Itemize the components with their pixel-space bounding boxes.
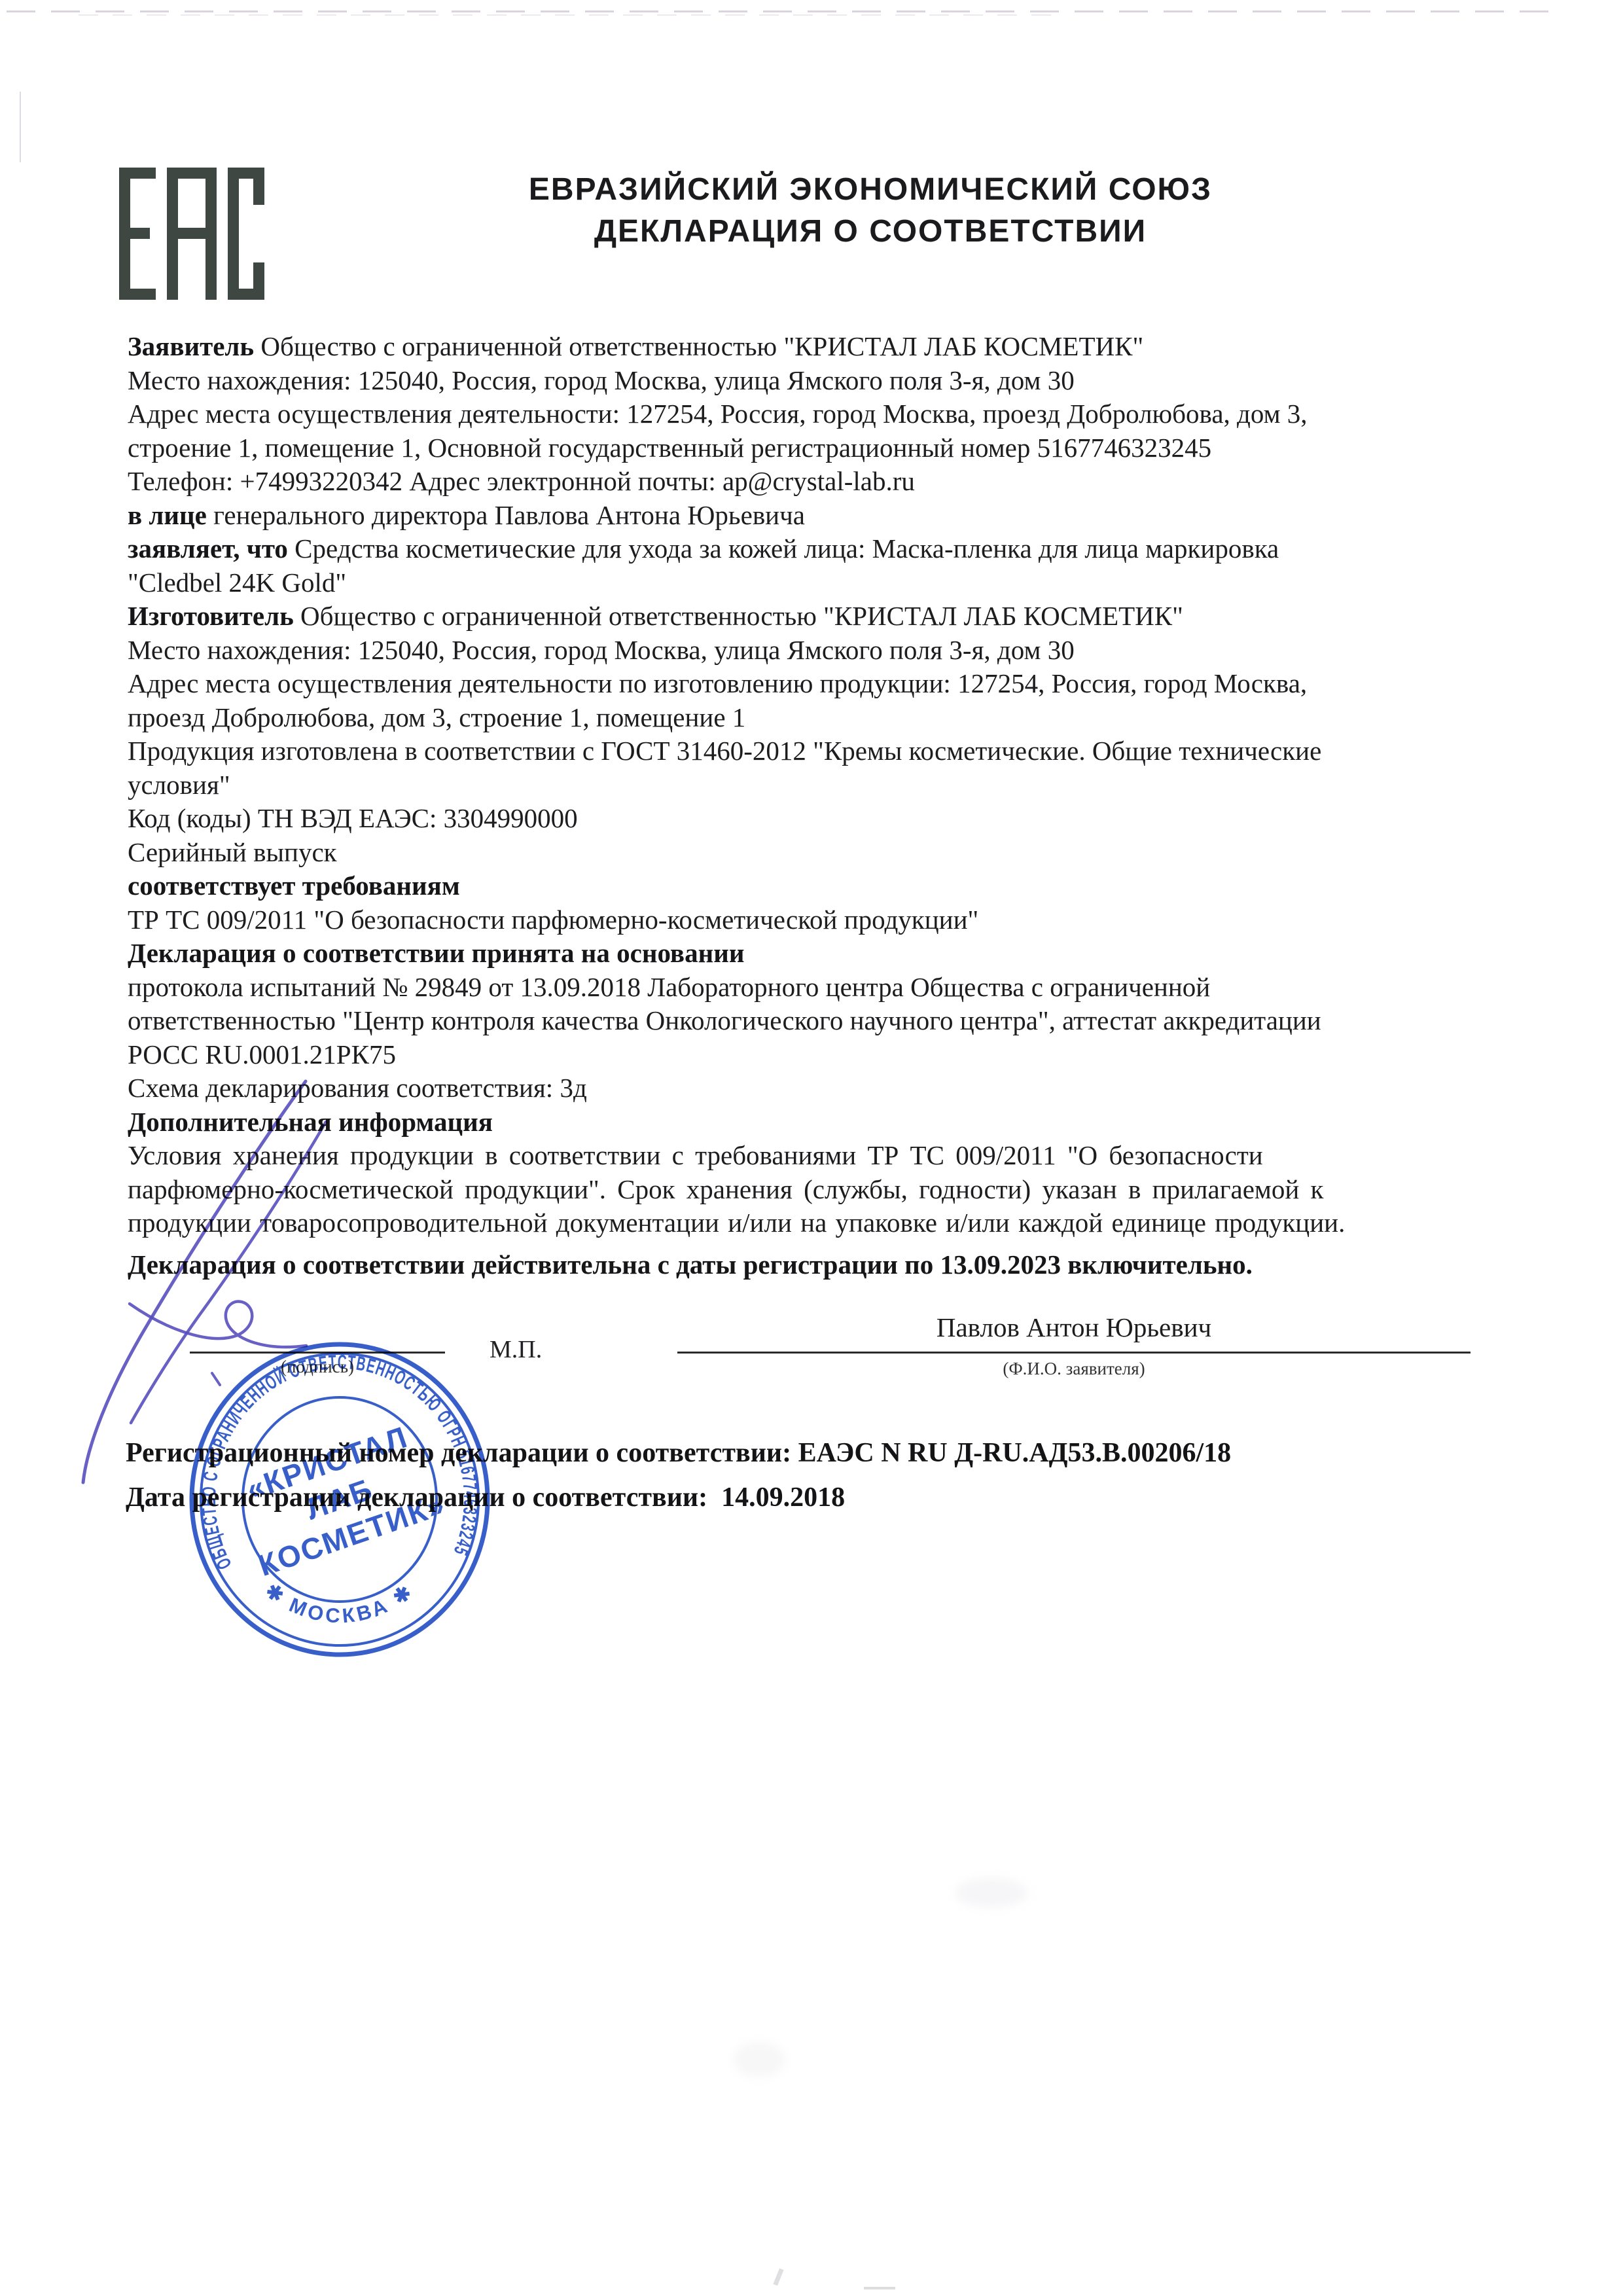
body-line: в лице генерального директора Павлова Ан… [128, 499, 1516, 533]
applicant-name: Павлов Антон Юрьевич [677, 1312, 1471, 1343]
body-line: Телефон: +74993220342 Адрес электронной … [128, 465, 1516, 499]
eac-logo-graphic [119, 168, 264, 300]
body-line: протокола испытаний № 29849 от 13.09.201… [128, 971, 1516, 1005]
body-line: ТР ТС 009/2011 "О безопасности парфюмерн… [128, 903, 1516, 937]
scan-artifact-bottom-tick [773, 2269, 783, 2286]
scan-artifact-bottom-dash [864, 2287, 895, 2289]
body-line: Условия хранения продукции в соответстви… [128, 1139, 1516, 1173]
body-line: строение 1, помещение 1, Основной госуда… [128, 431, 1516, 465]
body-line: заявляет, что Средства косметические для… [128, 532, 1516, 566]
body-line: продукции товаросопроводительной докумен… [128, 1206, 1516, 1240]
body-line: Дополнительная информация [128, 1105, 1516, 1139]
body-line: Адрес места осуществления деятельности п… [128, 667, 1516, 701]
body-line: Продукция изготовлена в соответствии с Г… [128, 734, 1516, 768]
body-line: Заявитель Общество с ограниченной ответс… [128, 330, 1516, 364]
body-line: соответствует требованиям [128, 869, 1516, 903]
body-line: условия" [128, 768, 1516, 802]
body-line: Серийный выпуск [128, 836, 1516, 870]
company-stamp: ОБЩЕСТВО С ОГРАНИЧЕННОЙ ОТВЕТСТВЕННОСТЬЮ… [176, 1333, 503, 1666]
scan-artifact-top-line-2 [79, 14, 1060, 16]
body-line: Декларация о соответствии действительна … [128, 1248, 1516, 1282]
body-line: Изготовитель Общество с ограниченной отв… [128, 600, 1516, 634]
body-line: проезд Добролюбова, дом 3, строение 1, п… [128, 701, 1516, 735]
declaration-document: ЕВРАЗИЙСКИЙ ЭКОНОМИЧЕСКИЙ СОЮЗ ДЕКЛАРАЦИ… [0, 0, 1623, 2296]
body-line: Место нахождения: 125040, Россия, город … [128, 634, 1516, 668]
document-title: ЕВРАЗИЙСКИЙ ЭКОНОМИЧЕСКИЙ СОЮЗ ДЕКЛАРАЦИ… [412, 169, 1329, 253]
applicant-name-line [677, 1352, 1471, 1354]
body-line: ответственностью "Центр контроля качеств… [128, 1004, 1516, 1038]
body-line: Схема декларирования соответствия: 3д [128, 1071, 1516, 1105]
applicant-name-caption: (Ф.И.О. заявителя) [677, 1359, 1471, 1379]
eac-conformity-mark-icon [119, 168, 264, 300]
body-line: Код (коды) ТН ВЭД ЕАЭС: 3304990000 [128, 802, 1516, 836]
body-line: "Cledbel 24K Gold" [128, 566, 1516, 600]
title-line-union: ЕВРАЗИЙСКИЙ ЭКОНОМИЧЕСКИЙ СОЮЗ [412, 169, 1329, 211]
stamp-bottom-arc-text: ✱ МОСКВА ✱ [261, 1579, 419, 1627]
body-line: РОСС RU.0001.21РК75 [128, 1038, 1516, 1072]
body-line: Адрес места осуществления деятельности: … [128, 397, 1516, 431]
declaration-body: Заявитель Общество с ограниченной ответс… [128, 330, 1516, 1282]
title-line-declaration: ДЕКЛАРАЦИЯ О СООТВЕТСТВИИ [412, 211, 1329, 253]
scan-artifact-left-mark [20, 92, 21, 162]
scan-artifact-smudge [733, 2042, 785, 2077]
body-line: парфюмерно-косметической продукции". Сро… [128, 1173, 1516, 1207]
body-line: Декларация о соответствии принята на осн… [128, 937, 1516, 971]
scan-artifact-top-line [7, 10, 1556, 12]
body-line: Место нахождения: 125040, Россия, город … [128, 364, 1516, 398]
scan-artifact-smudge [955, 1878, 1027, 1907]
